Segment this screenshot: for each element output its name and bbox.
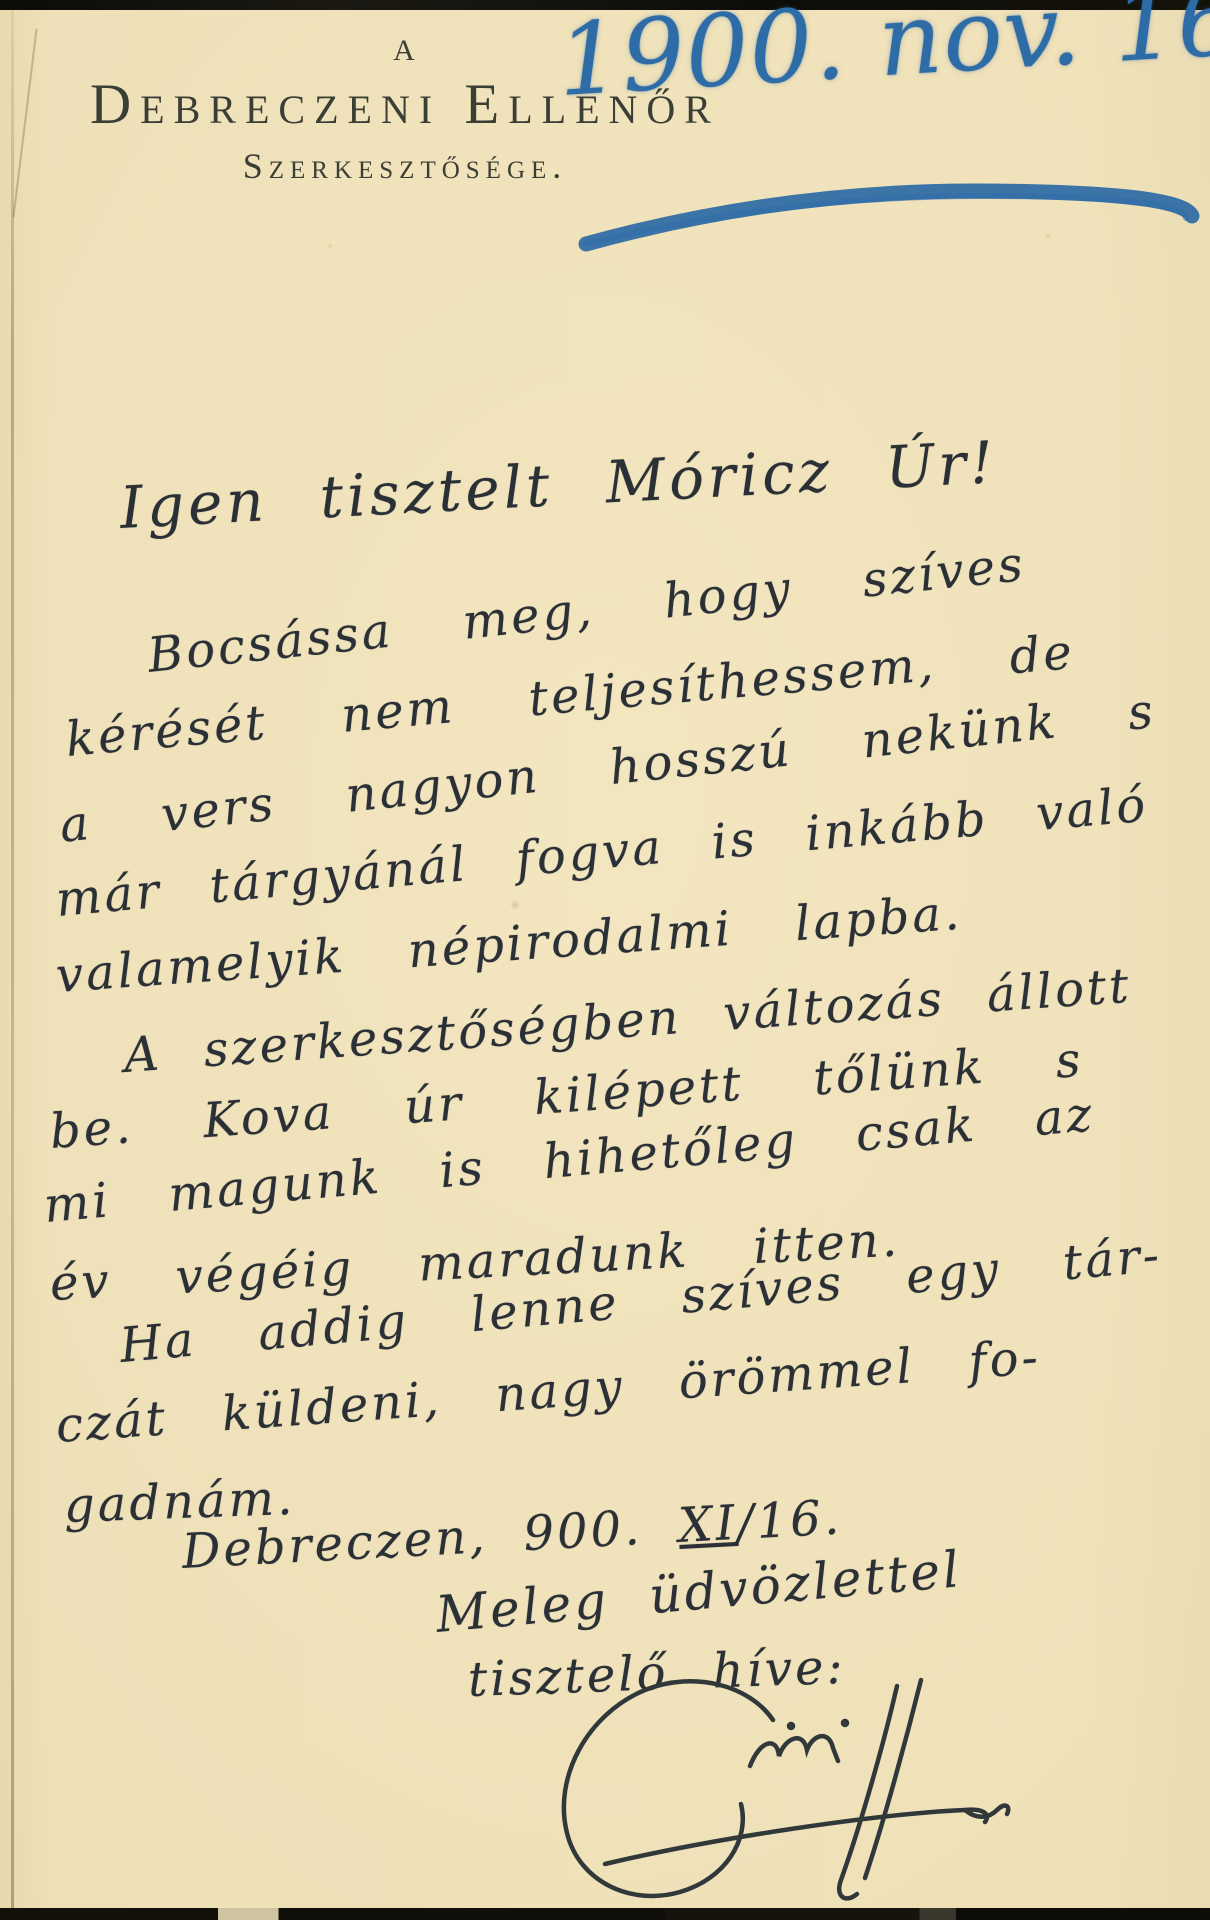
letterhead-subtitle: Szerkesztősége. (85, 145, 725, 187)
letter-scan: A Debreczeni Ellenőr Szerkesztősége. 190… (0, 0, 1210, 1920)
dateline-month-roman: XI (677, 1495, 739, 1554)
dateline-day: /16. (736, 1489, 843, 1550)
paper-fold-crease (11, 10, 14, 1908)
blue-underline-stroke (572, 182, 1202, 272)
blue-crayon-date: 1900. nov. 16 (554, 0, 1210, 119)
signature-flourish (545, 1668, 1015, 1913)
salutation: Igen tisztelt Móricz Úr! (118, 428, 999, 542)
corner-crease (12, 29, 37, 218)
